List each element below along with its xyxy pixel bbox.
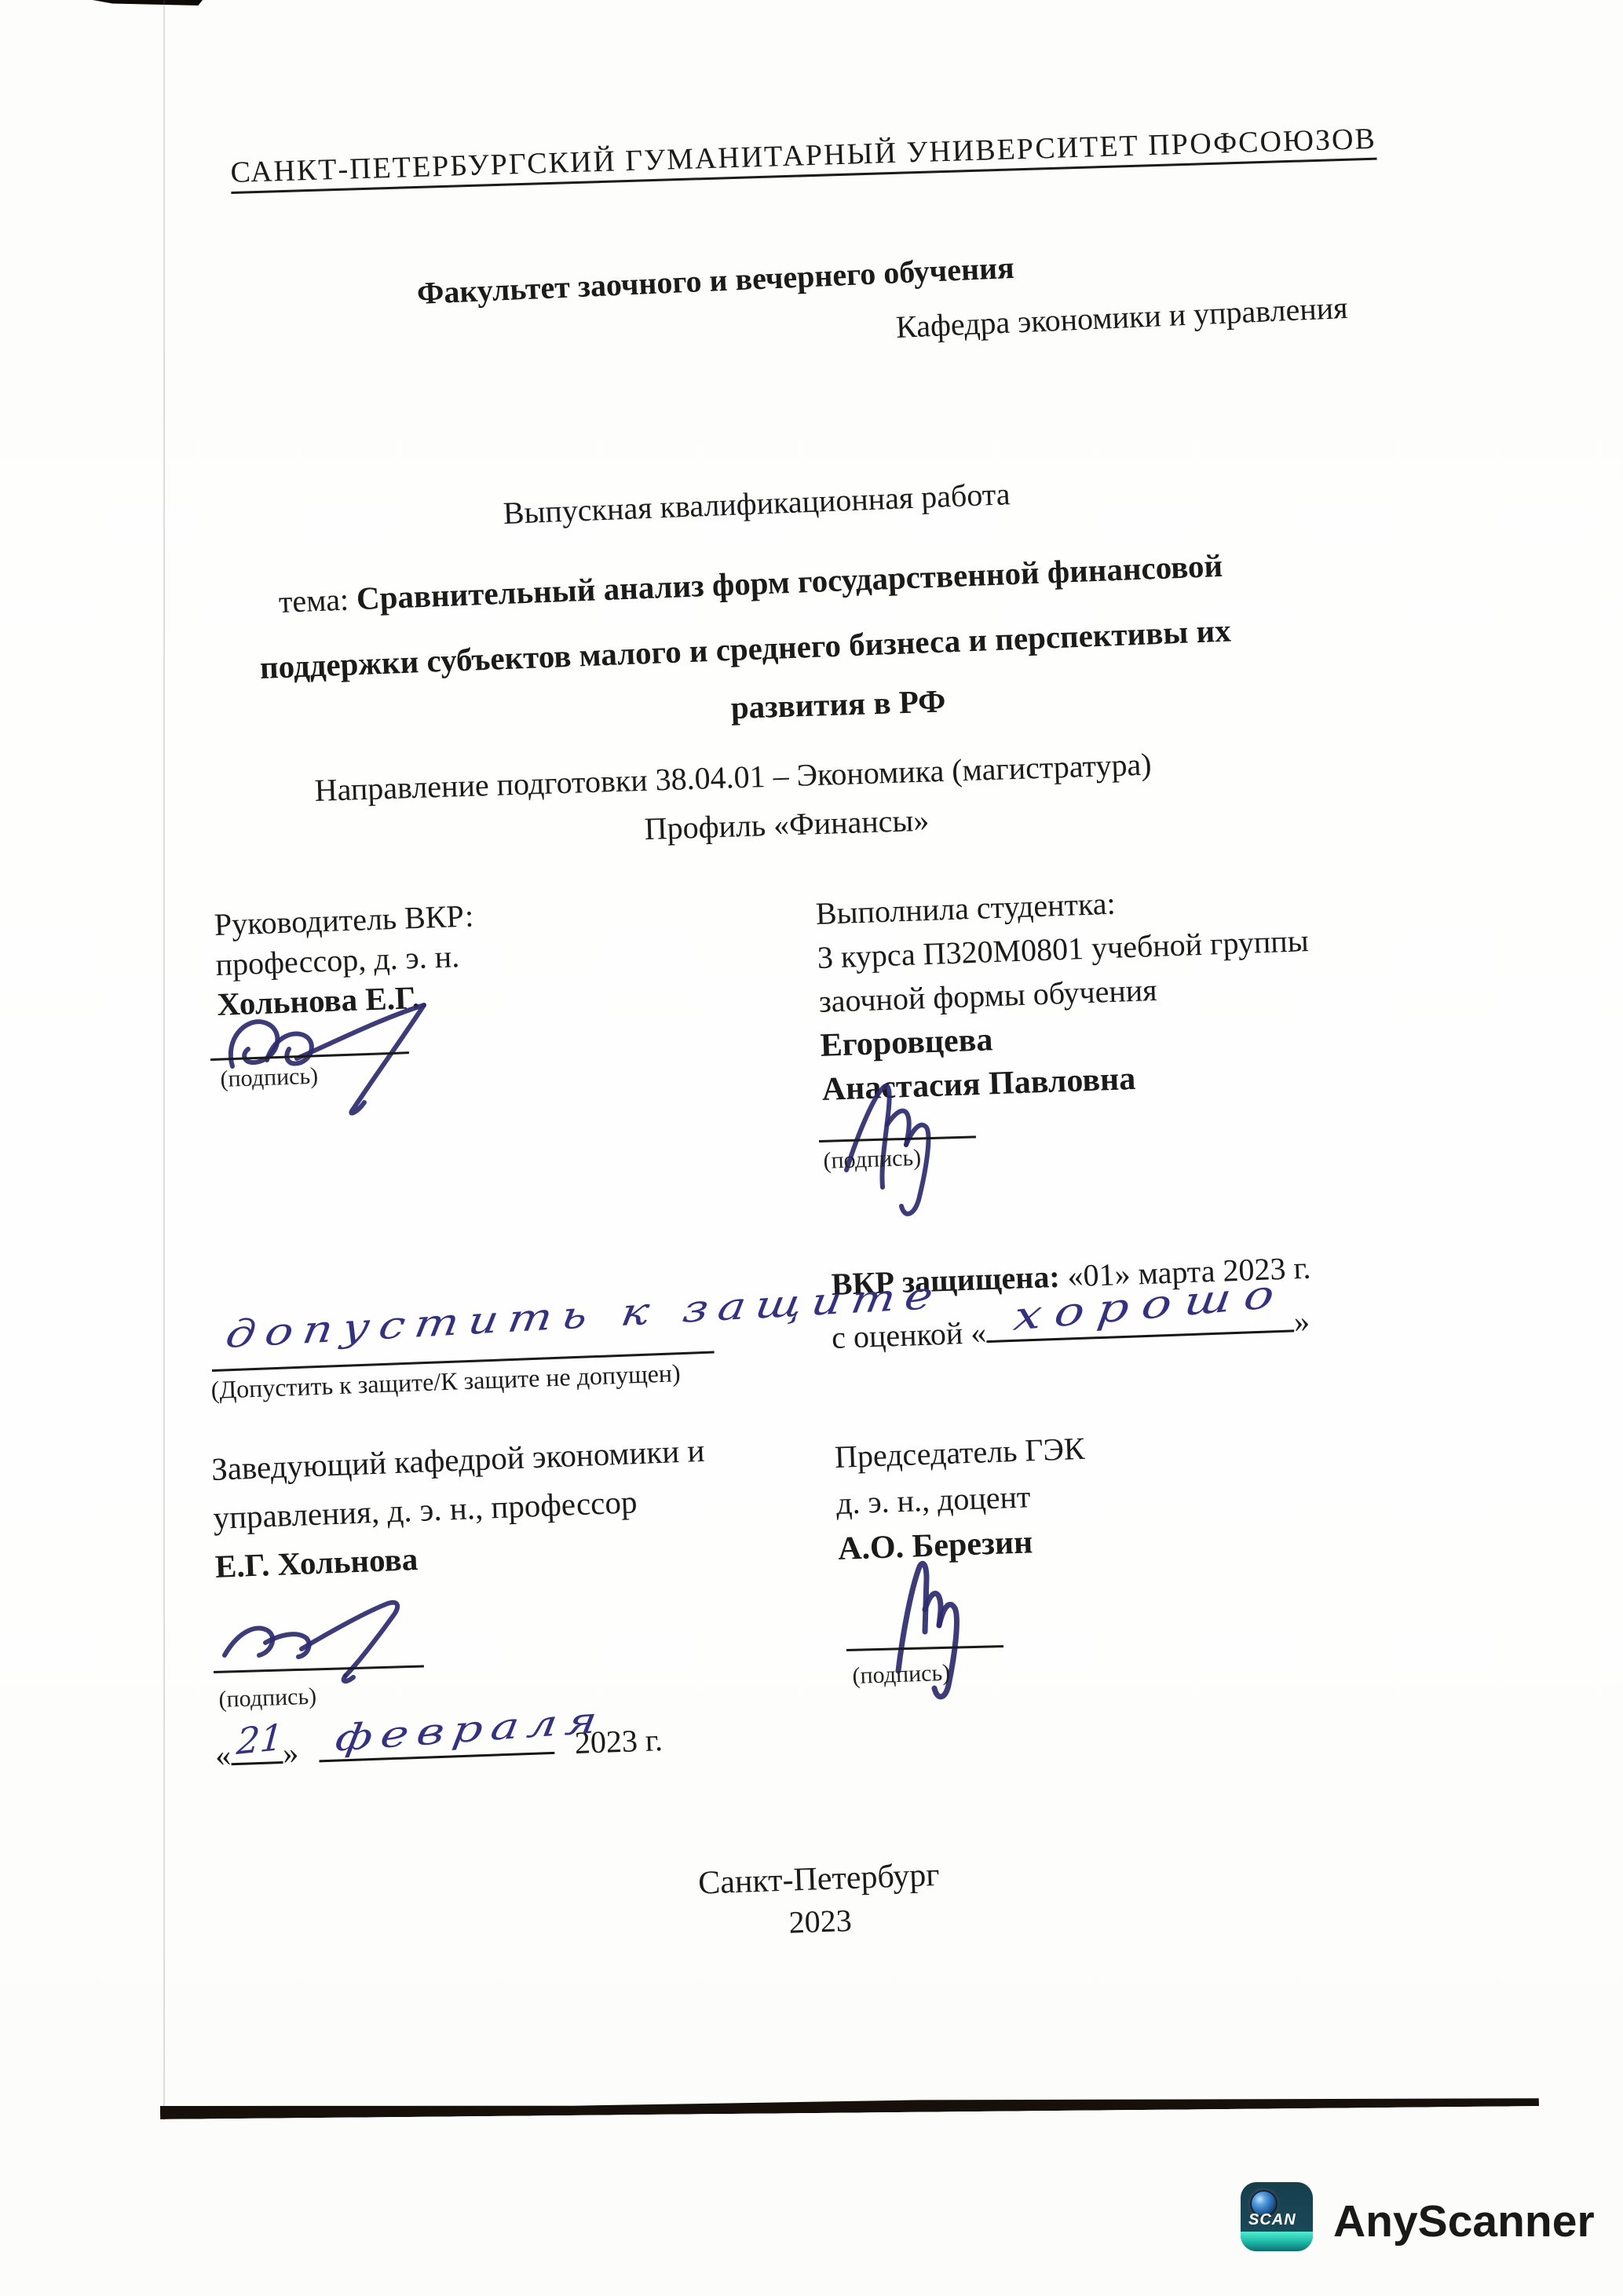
anyscanner-icon: SCAN: [1241, 2182, 1313, 2251]
profile-line: Профиль «Финансы»: [644, 802, 930, 847]
university-name: САНКТ-ПЕТЕРБУРГСКИЙ ГУМАНИТАРНЫЙ УНИВЕРС…: [230, 122, 1376, 189]
head-signature-caption: (подпись): [218, 1684, 317, 1713]
chair-title: Председатель ГЭК: [834, 1425, 1086, 1480]
topic-label: тема:: [278, 581, 357, 620]
scan-artifact-page-edge: [163, 0, 165, 2120]
date-month-handwritten: февраля: [333, 1698, 609, 1760]
date-open-quote: «: [214, 1737, 232, 1773]
faculty-line: Факультет заочного и вечернего обучения: [416, 249, 1015, 312]
chair-signature-caption: (подпись): [852, 1660, 951, 1690]
topic-line-3: развития в РФ: [730, 682, 946, 726]
topic-line-1: тема: Сравнительный анализ форм государс…: [278, 547, 1223, 620]
head-of-department-block: Заведующий кафедрой экономики и управлен…: [210, 1426, 709, 1591]
scan-icon-band: [1241, 2232, 1313, 2251]
date-day-handwritten: 21: [236, 1716, 285, 1763]
date-close-quote: »: [282, 1735, 299, 1771]
student-signature-caption: (подпись): [823, 1145, 922, 1175]
topic-line-2: поддержки субъектов малого и среднего би…: [259, 611, 1231, 686]
scanned-thesis-title-page: { "page": { "university": "САНКТ-ПЕТЕРБУ…: [0, 0, 1623, 2296]
admission-caption: (Допустить к защите/К защите не допущен): [210, 1358, 681, 1405]
work-type-line: Выпускная квалификационная работа: [503, 475, 1011, 532]
scan-artifact-top-corner: [93, 0, 203, 8]
date-month-slot: февраля: [318, 1717, 554, 1762]
scan-icon-label: SCAN: [1248, 2211, 1296, 2229]
city-year-block: Санкт-Петербург 2023: [645, 1852, 994, 1949]
grade-blank-line: хорошо: [985, 1295, 1294, 1343]
topic-text-1: Сравнительный анализ форм государственно…: [356, 547, 1223, 616]
chair-degree: д. э. н., доцент: [835, 1472, 1087, 1526]
date-day-slot: 21: [230, 1727, 283, 1765]
date-line: «21»февраля2023 г.: [214, 1713, 663, 1774]
head-signature: [214, 1594, 449, 1688]
grade-close-quote: »: [1293, 1303, 1310, 1340]
department-line: Кафедра экономики и управления: [895, 289, 1348, 345]
university-header: САНКТ-ПЕТЕРБУРГСКИЙ ГУМАНИТАРНЫЙ УНИВЕРС…: [230, 122, 1349, 190]
anyscanner-wordmark: AnyScanner: [1333, 2195, 1595, 2247]
program-line: Направление подготовки 38.04.01 – Эконом…: [314, 746, 1152, 809]
committee-chair-block: Председатель ГЭК д. э. н., доцент А.О. Б…: [834, 1425, 1089, 1573]
scan-artifact-bottom-edge: [160, 2093, 1539, 2119]
supervisor-signature-caption: (подпись): [220, 1063, 319, 1093]
